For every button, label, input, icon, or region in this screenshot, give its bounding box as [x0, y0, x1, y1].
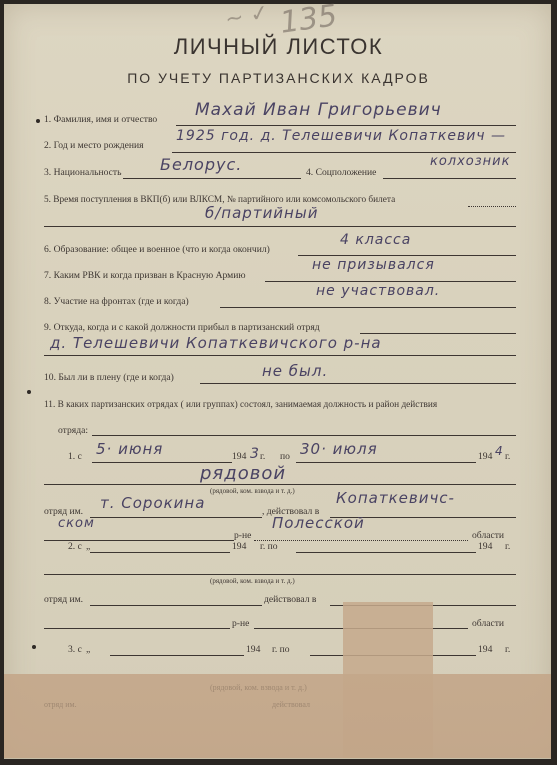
field-8-line: [220, 307, 516, 308]
det2-to-year: 194: [478, 541, 492, 552]
field-2-line: [172, 152, 516, 153]
det2-to-label: г. по: [260, 541, 278, 552]
field-3-label: 3. Национальность: [44, 167, 121, 178]
scan-edge: [551, 0, 557, 765]
det1-from-year-unit: г.: [260, 451, 265, 462]
det1-position-value: рядовой: [200, 463, 286, 484]
det3-to-year-unit: г.: [505, 644, 510, 655]
det1-otryad-line: [90, 517, 262, 518]
det2-position-line: [44, 574, 516, 575]
det3-otryad-label-faded: отряд им.: [44, 700, 77, 709]
det2-from-year: 194: [232, 541, 246, 552]
det1-from-year: 194: [232, 451, 246, 462]
field-4-label: 4. Соцположение: [306, 167, 376, 178]
field-2-label: 2. Год и место рождения: [44, 140, 144, 151]
field-4-line: [383, 178, 516, 179]
field-9-value: д. Телешевичи Копаткевичского р-на: [50, 334, 382, 352]
det2-position-hint: (рядовой, ком. взвода и т. д.): [210, 577, 295, 585]
det1-num: 1. с: [68, 451, 82, 462]
field-7-value: не призывался: [312, 257, 435, 273]
det2-otryad-line: [90, 605, 262, 606]
det1-rayon-label: р-не: [234, 530, 251, 541]
det3-from-line: [110, 655, 244, 656]
det1-to-line: [296, 462, 476, 463]
det2-rayon-label: р-не: [232, 618, 249, 629]
field-3-value: Белорус.: [160, 155, 242, 174]
det2-acted-label: действовал в: [264, 594, 316, 605]
field-6-value: 4 класса: [340, 232, 411, 248]
det1-to-year: 194: [478, 451, 492, 462]
field-1-value: Махай Иван Григорьевич: [195, 100, 442, 120]
det3-quote-open: „: [86, 644, 90, 655]
det1-otryad-value: т. Сорокина: [100, 494, 205, 512]
det1-oblast-label: области: [472, 530, 504, 541]
det2-to-year-unit: г.: [505, 541, 510, 552]
field-6-label: 6. Образование: общее и военное (что и к…: [44, 244, 270, 255]
field-1-label: 1. Фамилия, имя и отчество: [44, 114, 157, 125]
det2-rayon-line: [44, 628, 230, 629]
field-5-value: б/партийный: [205, 204, 318, 222]
det2-num: 2. с: [68, 541, 82, 552]
field-11-sublabel: отряда:: [58, 425, 88, 436]
det1-position-line: [44, 484, 516, 485]
field-5-line-a: [468, 206, 516, 207]
field-3-line: [123, 178, 301, 179]
field-9-line-a: [360, 333, 516, 334]
det1-from-year-digit: 3: [250, 446, 260, 462]
det1-to-value: 30· июля: [300, 440, 378, 458]
det1-oblast-line: [254, 540, 468, 541]
det2-to-line: [296, 552, 476, 553]
field-8-label: 8. Участие на фронтах (где и когда): [44, 296, 189, 307]
field-2-value: 1925 год. д. Телешевичи Копаткевич —: [176, 128, 506, 144]
det3-to-year: 194: [478, 644, 492, 655]
field-9-label: 9. Откуда, когда и с какой должности при…: [44, 322, 320, 333]
page-subtitle: ПО УЧЕТУ ПАРТИЗАНСКИХ КАДРОВ: [0, 70, 557, 86]
field-6-line: [298, 255, 516, 256]
field-11-label: 11. В каких партизанских отрядах ( или г…: [44, 400, 437, 410]
det3-from-year: 194: [246, 644, 260, 655]
field-10-line: [200, 383, 516, 384]
field-10-label: 10. Был ли в плену (где и когда): [44, 372, 174, 383]
det1-to-year-digit: 4: [495, 444, 504, 458]
field-10-value: не был.: [262, 362, 328, 380]
det1-to-year-unit: г.: [505, 451, 510, 462]
margin-dot: [32, 645, 36, 649]
det1-position-hint: (рядовой, ком. взвода и т. д.): [210, 487, 295, 495]
field-4-value: колхозник: [430, 154, 510, 169]
det2-from-line: [90, 552, 230, 553]
field-9-line-b: [44, 355, 516, 356]
det3-acted-label-faded: действовал: [272, 700, 310, 709]
field-7-line: [265, 281, 516, 282]
det1-rayon-value: ском: [58, 516, 95, 531]
det1-to-label: по: [280, 451, 290, 462]
field-1-line: [176, 125, 516, 126]
field-11-line: [92, 435, 516, 436]
det1-from-value: 5· июня: [96, 440, 163, 458]
det2-quote-open: „: [86, 541, 90, 552]
det3-to-label: г. по: [272, 644, 290, 655]
page-title: ЛИЧНЫЙ ЛИСТОК: [0, 34, 557, 60]
field-5-line-b: [44, 226, 516, 227]
det1-acted-value: Копаткевичс-: [336, 489, 455, 507]
det1-oblast-value: Полесской: [272, 514, 365, 532]
field-8-value: не участвовал.: [316, 283, 440, 299]
field-7-label: 7. Каким РВК и когда призван в Красную А…: [44, 270, 246, 281]
det3-num: 3. с: [68, 644, 82, 655]
margin-dot: [27, 390, 31, 394]
det2-otryad-label: отряд им.: [44, 594, 83, 605]
det3-position-hint-faded: (рядовой, ком. взвода и т. д.): [210, 683, 307, 692]
margin-dot: [36, 119, 40, 123]
det2-oblast-label: области: [472, 618, 504, 629]
